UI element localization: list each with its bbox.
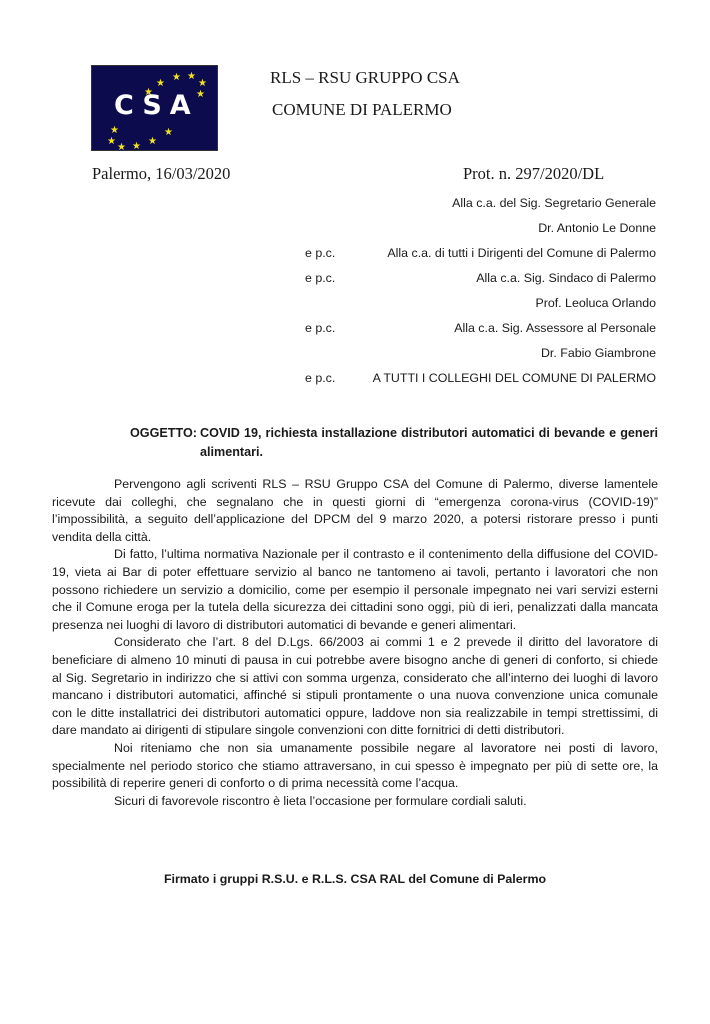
subject-block: OGGETTO: COVID 19, richiesta installazio… bbox=[130, 424, 658, 462]
recipient-text: A TUTTI I COLLEGHI DEL COMUNE DI PALERMO bbox=[373, 371, 656, 385]
star-icon: ★ bbox=[187, 72, 196, 82]
star-icon: ★ bbox=[156, 79, 165, 89]
recipient-line: e p.c. Alla c.a. Sig. Sindaco di Palermo bbox=[290, 271, 656, 291]
protocol-number: Prot. n. 297/2020/DL bbox=[463, 164, 604, 184]
signature: Firmato i gruppi R.S.U. e R.L.S. CSA RAL… bbox=[0, 872, 710, 886]
cc-prefix: e p.c. bbox=[305, 371, 335, 385]
letter-body: Pervengono agli scriventi RLS – RSU Grup… bbox=[52, 476, 658, 810]
logo-text: CSA bbox=[114, 90, 199, 121]
recipient-line: e p.c. A TUTTI I COLLEGHI DEL COMUNE DI … bbox=[290, 371, 656, 391]
body-paragraph: Pervengono agli scriventi RLS – RSU Grup… bbox=[52, 476, 658, 546]
csa-logo: ★ ★ ★ ★ ★ ★ ★ ★ ★ ★ ★ ★ CSA bbox=[91, 65, 218, 151]
body-paragraph: Di fatto, l’ultima normativa Nazionale p… bbox=[52, 546, 658, 634]
star-icon: ★ bbox=[164, 128, 173, 138]
recipient-text: Alla c.a. di tutti i Dirigenti del Comun… bbox=[387, 246, 656, 260]
star-icon: ★ bbox=[172, 73, 181, 83]
star-icon: ★ bbox=[107, 137, 116, 147]
subject-text: COVID 19, richiesta installazione distri… bbox=[200, 424, 658, 462]
star-icon: ★ bbox=[110, 126, 119, 136]
star-icon: ★ bbox=[148, 137, 157, 147]
recipient-line: Dr. Fabio Giambrone bbox=[290, 346, 656, 366]
cc-prefix: e p.c. bbox=[305, 246, 335, 260]
recipient-line: Dr. Antonio Le Donne bbox=[290, 221, 656, 241]
recipient-line: Alla c.a. del Sig. Segretario Generale bbox=[290, 196, 656, 216]
star-icon: ★ bbox=[198, 79, 207, 89]
subject-label: OGGETTO: bbox=[130, 424, 197, 443]
body-paragraph: Noi riteniamo che non sia umanamente pos… bbox=[52, 740, 658, 793]
star-icon: ★ bbox=[117, 143, 126, 151]
recipient-text: Alla c.a. Sig. Assessore al Personale bbox=[454, 321, 656, 335]
recipient-text: Alla c.a. Sig. Sindaco di Palermo bbox=[476, 271, 656, 285]
org-name: RLS – RSU GRUPPO CSA bbox=[270, 68, 460, 88]
recipient-text: Dr. Fabio Giambrone bbox=[541, 346, 656, 360]
letter-page: ★ ★ ★ ★ ★ ★ ★ ★ ★ ★ ★ ★ CSA RLS – RSU GR… bbox=[0, 0, 710, 1024]
place-date: Palermo, 16/03/2020 bbox=[92, 164, 230, 184]
org-municipality: COMUNE DI PALERMO bbox=[272, 100, 452, 120]
recipient-line: e p.c. Alla c.a. Sig. Assessore al Perso… bbox=[290, 321, 656, 341]
body-paragraph: Sicuri di favorevole riscontro è lieta l… bbox=[52, 793, 658, 811]
recipient-text: Dr. Antonio Le Donne bbox=[538, 221, 656, 235]
recipient-line: e p.c. Alla c.a. di tutti i Dirigenti de… bbox=[290, 246, 656, 266]
recipient-text: Alla c.a. del Sig. Segretario Generale bbox=[452, 196, 656, 210]
recipient-text: Prof. Leoluca Orlando bbox=[535, 296, 656, 310]
body-paragraph: Considerato che l’art. 8 del D.Lgs. 66/2… bbox=[52, 634, 658, 740]
recipient-line: Prof. Leoluca Orlando bbox=[290, 296, 656, 316]
cc-prefix: e p.c. bbox=[305, 271, 335, 285]
star-icon: ★ bbox=[132, 142, 141, 151]
cc-prefix: e p.c. bbox=[305, 321, 335, 335]
